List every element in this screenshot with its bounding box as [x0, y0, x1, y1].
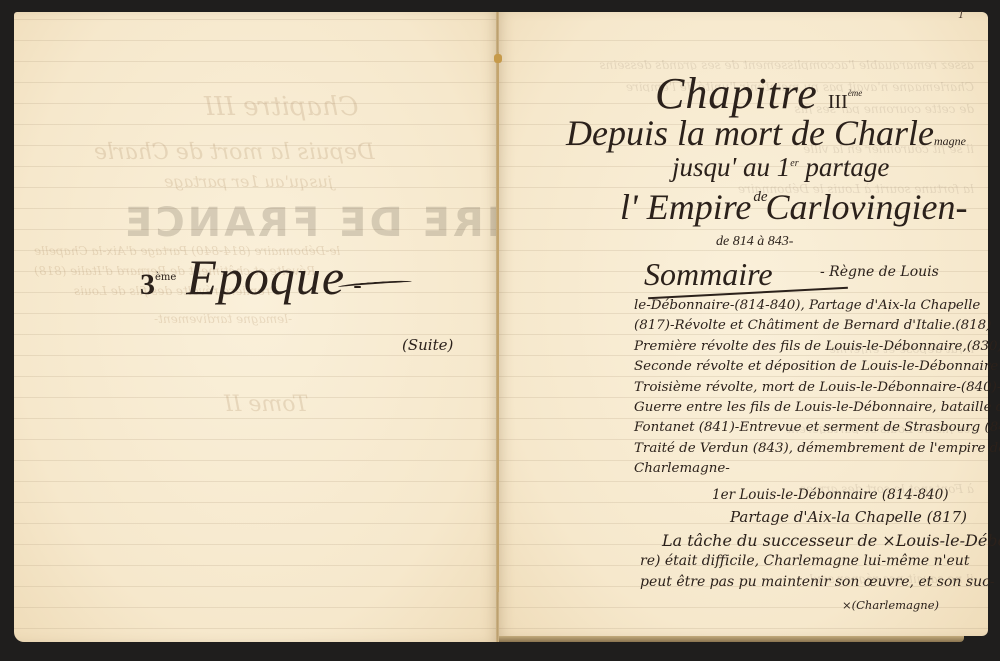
summary-first-line: - Règne de Louis: [820, 264, 939, 280]
summary-line: Fontanet (841)-Entrevue et serment de St…: [634, 418, 984, 438]
summary-line: Seconde révolte et déposition de Louis-l…: [634, 357, 984, 377]
binding-thread: [497, 52, 499, 592]
title-superscript: er: [790, 158, 798, 169]
epoque-heading: 3 ème Epoque -: [140, 248, 362, 306]
bleed-through-line: -lemagne tardivement-: [154, 312, 292, 326]
binding-knot: [494, 54, 502, 63]
bleed-through-chapter: Chapitre III: [204, 92, 358, 122]
chapter-number: III: [828, 91, 848, 113]
title-text: Carlovingien-: [766, 187, 968, 227]
chapter-word: Chapitre: [655, 69, 818, 118]
suite-note: (Suite): [402, 336, 453, 354]
summary-line: Première révolte des fils de Louis-le-Dé…: [634, 337, 984, 357]
summary-line: Traité de Verdun (843), démembrement de …: [634, 439, 984, 459]
title-text: partage: [799, 152, 890, 182]
body-text: La tâche du successeur de ×Louis-le-Débo…: [640, 530, 990, 593]
bleed-through-line: Depuis la mort de Charle: [94, 140, 375, 165]
footnote: ×(Charlemagne): [842, 598, 939, 612]
title-text: l' Empire: [620, 187, 751, 227]
title-text: jusqu' au 1: [672, 152, 790, 182]
body-line: peut être pas pu maintenir son œuvre, et…: [640, 572, 990, 593]
epoque-word: Epoque: [186, 248, 345, 306]
chapter-title-line-2: jusqu' au 1er partage: [672, 152, 889, 183]
epoque-number: 3: [140, 268, 155, 302]
title-inserted-word: de: [753, 189, 767, 205]
summary-heading: Sommaire: [644, 256, 773, 293]
epoque-number-superscript: ème: [155, 272, 176, 283]
title-text: Depuis la mort de Charle: [566, 113, 934, 153]
bleed-through-title: HISTOIRE DE FRANCE: [122, 200, 498, 246]
summary-line: Guerre entre les fils de Louis-le-Débonn…: [634, 398, 984, 418]
bleed-through-line: jusqu'au 1er partage: [164, 172, 333, 191]
chapter-dates: de 814 à 843-: [716, 234, 793, 250]
page-number: 1: [958, 10, 964, 21]
section-heading-reign: 1er Louis-le-Débonnaire (814-840): [712, 487, 949, 503]
body-line: La tâche du successeur de ×Louis-le-Débo…: [640, 530, 990, 551]
chapter-number-superscript: ème: [848, 88, 863, 98]
section-heading-partage: Partage d'Aix-la Chapelle (817): [730, 508, 967, 526]
summary-line: le-Débonnaire-(814-840), Partage d'Aix-l…: [634, 296, 984, 316]
summary-text: le-Débonnaire-(814-840), Partage d'Aix-l…: [634, 296, 984, 480]
summary-line: (817)-Révolte et Châtiment de Bernard d'…: [634, 316, 984, 336]
chapter-title-line-1: Depuis la mort de Charlemagne: [566, 112, 966, 154]
body-line: re) était difficile, Charlemagne lui-mêm…: [640, 551, 990, 572]
summary-line: Charlemagne-: [634, 459, 984, 479]
chapter-title-line-3: l' EmpiredeCarlovingien-: [620, 186, 968, 228]
bleed-through-line: Tome II: [224, 392, 308, 417]
summary-line: Troisième révolte, mort de Louis-le-Débo…: [634, 378, 984, 398]
title-text-small: magne: [934, 134, 966, 148]
left-page: HISTOIRE DE FRANCE Chapitre III Depuis l…: [14, 12, 498, 642]
